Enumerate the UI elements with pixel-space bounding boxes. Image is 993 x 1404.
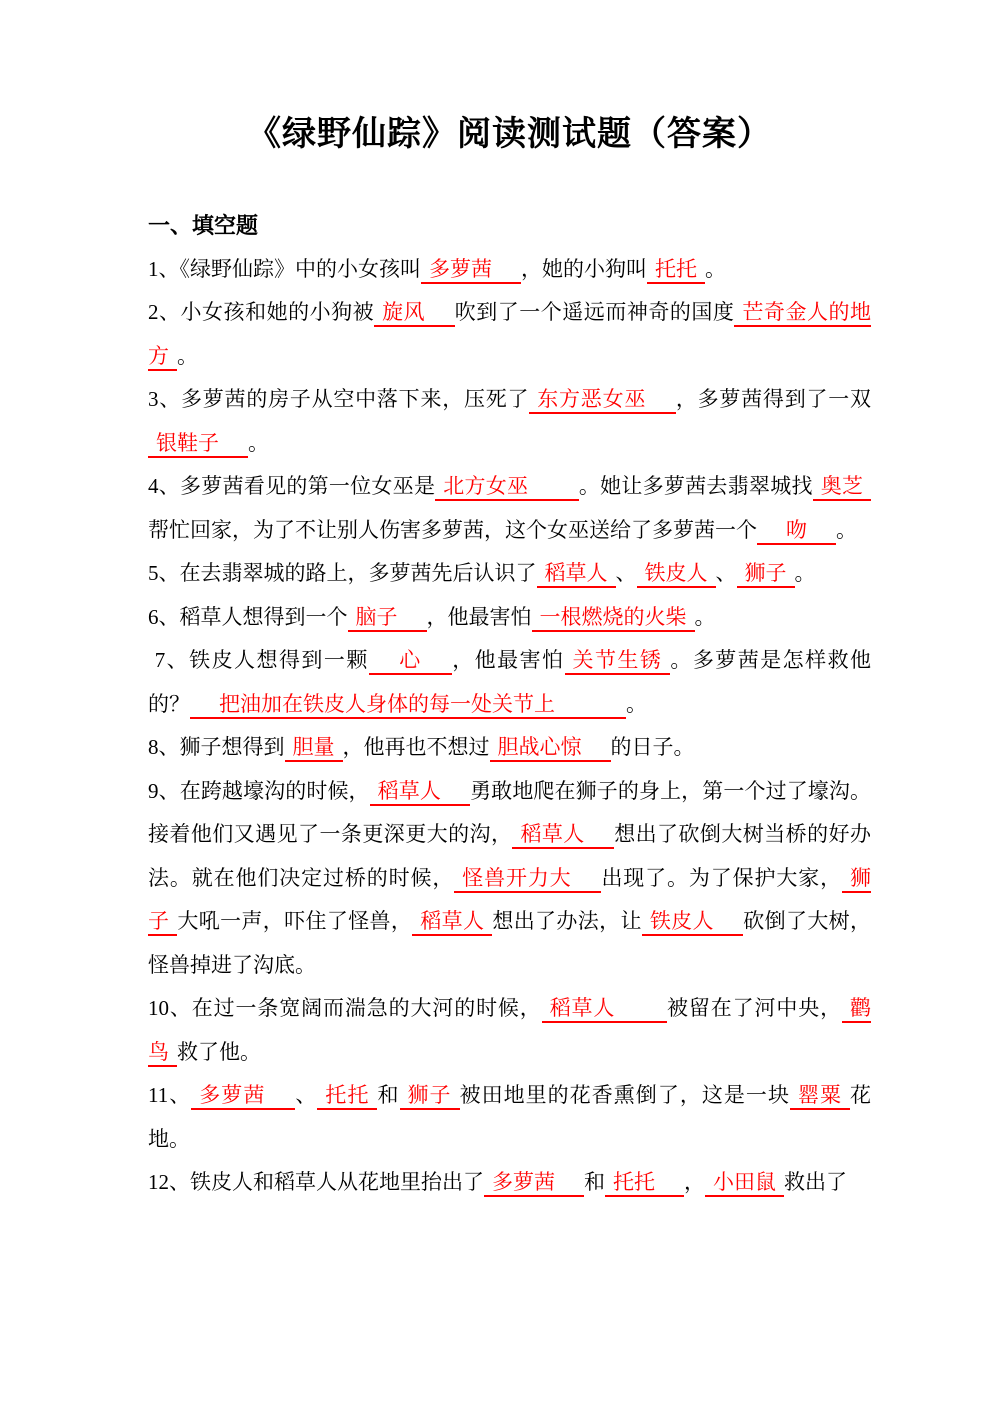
question-text: 6、稻草人想得到一个: [148, 605, 348, 629]
answer-blank: 脑子: [348, 605, 427, 632]
question-paragraph: 5、在去翡翠城的路上，多萝茜先后认识了稻草人、铁皮人、狮子。: [148, 552, 871, 596]
answer-blank: 银鞋子: [148, 431, 248, 458]
answer-blank: 心: [369, 648, 452, 675]
question-text: 被田地里的花香熏倒了，这是一块: [460, 1083, 790, 1107]
answer-blank: 稻草人: [542, 996, 667, 1023]
answer-blank: 托托: [647, 257, 705, 284]
answer-blank: 狮子: [400, 1083, 460, 1110]
question-text: 11、: [148, 1083, 191, 1107]
question-text: 10、在过一条宽阔而湍急的大河的时候，: [148, 996, 542, 1020]
page-title: 《绿野仙踪》阅读测试题（答案）: [148, 110, 871, 160]
question-text: 救出了: [784, 1170, 847, 1194]
question-text: 3、多萝茜的房子从空中落下来，压死了: [148, 387, 529, 411]
question-text: ，他最害怕: [427, 605, 532, 629]
question-text: 4、多萝茜看见的第一位女巫是: [148, 474, 435, 498]
question-paragraph: 11、多萝茜 、托托和狮子被田地里的花香熏倒了，这是一块罂粟花地。: [148, 1074, 871, 1161]
question-text: ，他再也不想过: [343, 735, 490, 759]
question-text: 和: [377, 1083, 399, 1107]
question-paragraph: 1、《绿野仙踪》中的小女孩叫多萝茜 ，她的小狗叫托托。: [148, 248, 871, 292]
question-paragraph: 7、铁皮人想得到一颗 心 ，他最害怕关节生锈。多萝茜是怎样救他的？ 把油加在铁皮…: [148, 639, 871, 726]
question-paragraph: 8、狮子想得到胆量，他再也不想过胆战心惊 的日子。: [148, 726, 871, 770]
answer-blank: 小田鼠: [705, 1170, 784, 1197]
question-text: 、: [616, 561, 637, 585]
answer-blank: 铁皮人: [642, 909, 743, 936]
question-text: ，他最害怕: [452, 648, 564, 672]
question-text: 。: [836, 518, 857, 542]
question-text: ，多萝茜得到了一双: [676, 387, 871, 411]
answer-blank: 铁皮人: [637, 561, 716, 588]
question-text: 8、狮子想得到: [148, 735, 285, 759]
answer-blank: 多萝茜: [484, 1170, 584, 1197]
question-text: ，: [684, 1170, 705, 1194]
answer-blank: 多萝茜: [421, 257, 521, 284]
question-text: 帮忙回家，为了不让别人伤害多萝茜，这个女巫送给了多萝茜一个: [148, 518, 757, 542]
question-text: 被留在了河中央，: [667, 996, 842, 1020]
question-text: 。她让多萝茜去翡翠城找: [579, 474, 813, 498]
answer-blank: 怪兽开力大: [454, 866, 601, 893]
answer-blank: 托托: [317, 1083, 377, 1110]
question-text: 。: [705, 257, 726, 281]
question-paragraph: 12、铁皮人和稻草人从花地里抬出了多萝茜 和托托 ，小田鼠救出了: [148, 1161, 871, 1205]
question-text: 。: [177, 344, 198, 368]
question-text: 1、《绿野仙踪》中的小女孩叫: [148, 257, 421, 281]
question-text: 和: [584, 1170, 605, 1194]
answer-blank: 托托: [605, 1170, 684, 1197]
answer-blank: 一根燃烧的火柴: [532, 605, 695, 632]
question-text: 。: [795, 561, 816, 585]
question-paragraph: 6、稻草人想得到一个脑子 ，他最害怕一根燃烧的火柴。: [148, 596, 871, 640]
question-text: 的日子。: [611, 735, 695, 759]
question-text: 出现了。为了保护大家，: [601, 866, 842, 890]
question-paragraph: 10、在过一条宽阔而湍急的大河的时候，稻草人 被留在了河中央，鹳鸟救了他。: [148, 987, 871, 1074]
question-text: 12、铁皮人和稻草人从花地里抬出了: [148, 1170, 484, 1194]
answer-blank: 稻草人: [537, 561, 616, 588]
answer-blank: 关节生锈: [565, 648, 671, 675]
section-heading: 一、填空题: [148, 204, 871, 248]
answer-blank: 罂粟: [790, 1083, 850, 1110]
answer-blank: 多萝茜: [191, 1083, 295, 1110]
question-paragraph: 2、小女孩和她的小狗被旋风 吹到了一个遥远而神奇的国度芒奇金人的地方。: [148, 291, 871, 378]
answer-blank: 稻草人: [370, 779, 470, 806]
question-text: 吹到了一个遥远而神奇的国度: [455, 300, 735, 324]
answer-blank: 狮子: [737, 561, 795, 588]
document-page: 《绿野仙踪》阅读测试题（答案） 一、填空题 1、《绿野仙踪》中的小女孩叫多萝茜 …: [0, 0, 993, 1404]
question-text: 救了他。: [177, 1040, 261, 1064]
answer-blank: 胆战心惊: [490, 735, 611, 762]
question-text: 9、在跨越壕沟的时候，: [148, 779, 370, 803]
question-text: 、: [716, 561, 737, 585]
answer-blank: 稻草人: [512, 822, 614, 849]
question-paragraph: 9、在跨越壕沟的时候，稻草人 勇敢地爬在狮子的身上，第一个过了壕沟。接着他们又遇…: [148, 770, 871, 988]
question-paragraph: 3、多萝茜的房子从空中落下来，压死了东方恶女巫 ，多萝茜得到了一双银鞋子 。: [148, 378, 871, 465]
question-text: 。: [248, 431, 269, 455]
question-text: 、: [295, 1083, 317, 1107]
answer-blank: 稻草人: [412, 909, 492, 936]
questions: 1、《绿野仙踪》中的小女孩叫多萝茜 ，她的小狗叫托托。2、小女孩和她的小狗被旋风…: [148, 248, 871, 1205]
question-text: 。: [626, 692, 647, 716]
question-text: ，她的小狗叫: [521, 257, 647, 281]
answer-blank: 旋风: [374, 300, 455, 327]
answer-blank: 北方女巫: [435, 474, 579, 501]
answer-blank: 胆量: [285, 735, 343, 762]
answer-blank: 东方恶女巫: [529, 387, 676, 414]
question-text: 大吼一声，吓住了怪兽，: [177, 909, 412, 933]
answer-blank: 把油加在铁皮人身体的每一处关节上: [190, 692, 626, 719]
question-paragraph: 4、多萝茜看见的第一位女巫是北方女巫 。她让多萝茜去翡翠城找奥芝帮忙回家，为了不…: [148, 465, 871, 552]
answer-blank: 吻: [757, 518, 836, 545]
answer-blank: 奥芝: [813, 474, 871, 501]
question-text: 5、在去翡翠城的路上，多萝茜先后认识了: [148, 561, 537, 585]
question-text: 2、小女孩和她的小狗被: [148, 300, 374, 324]
question-text: 7、铁皮人想得到一颗: [148, 648, 369, 672]
question-text: 想出了办法，让: [492, 909, 641, 933]
question-text: 。: [695, 605, 716, 629]
